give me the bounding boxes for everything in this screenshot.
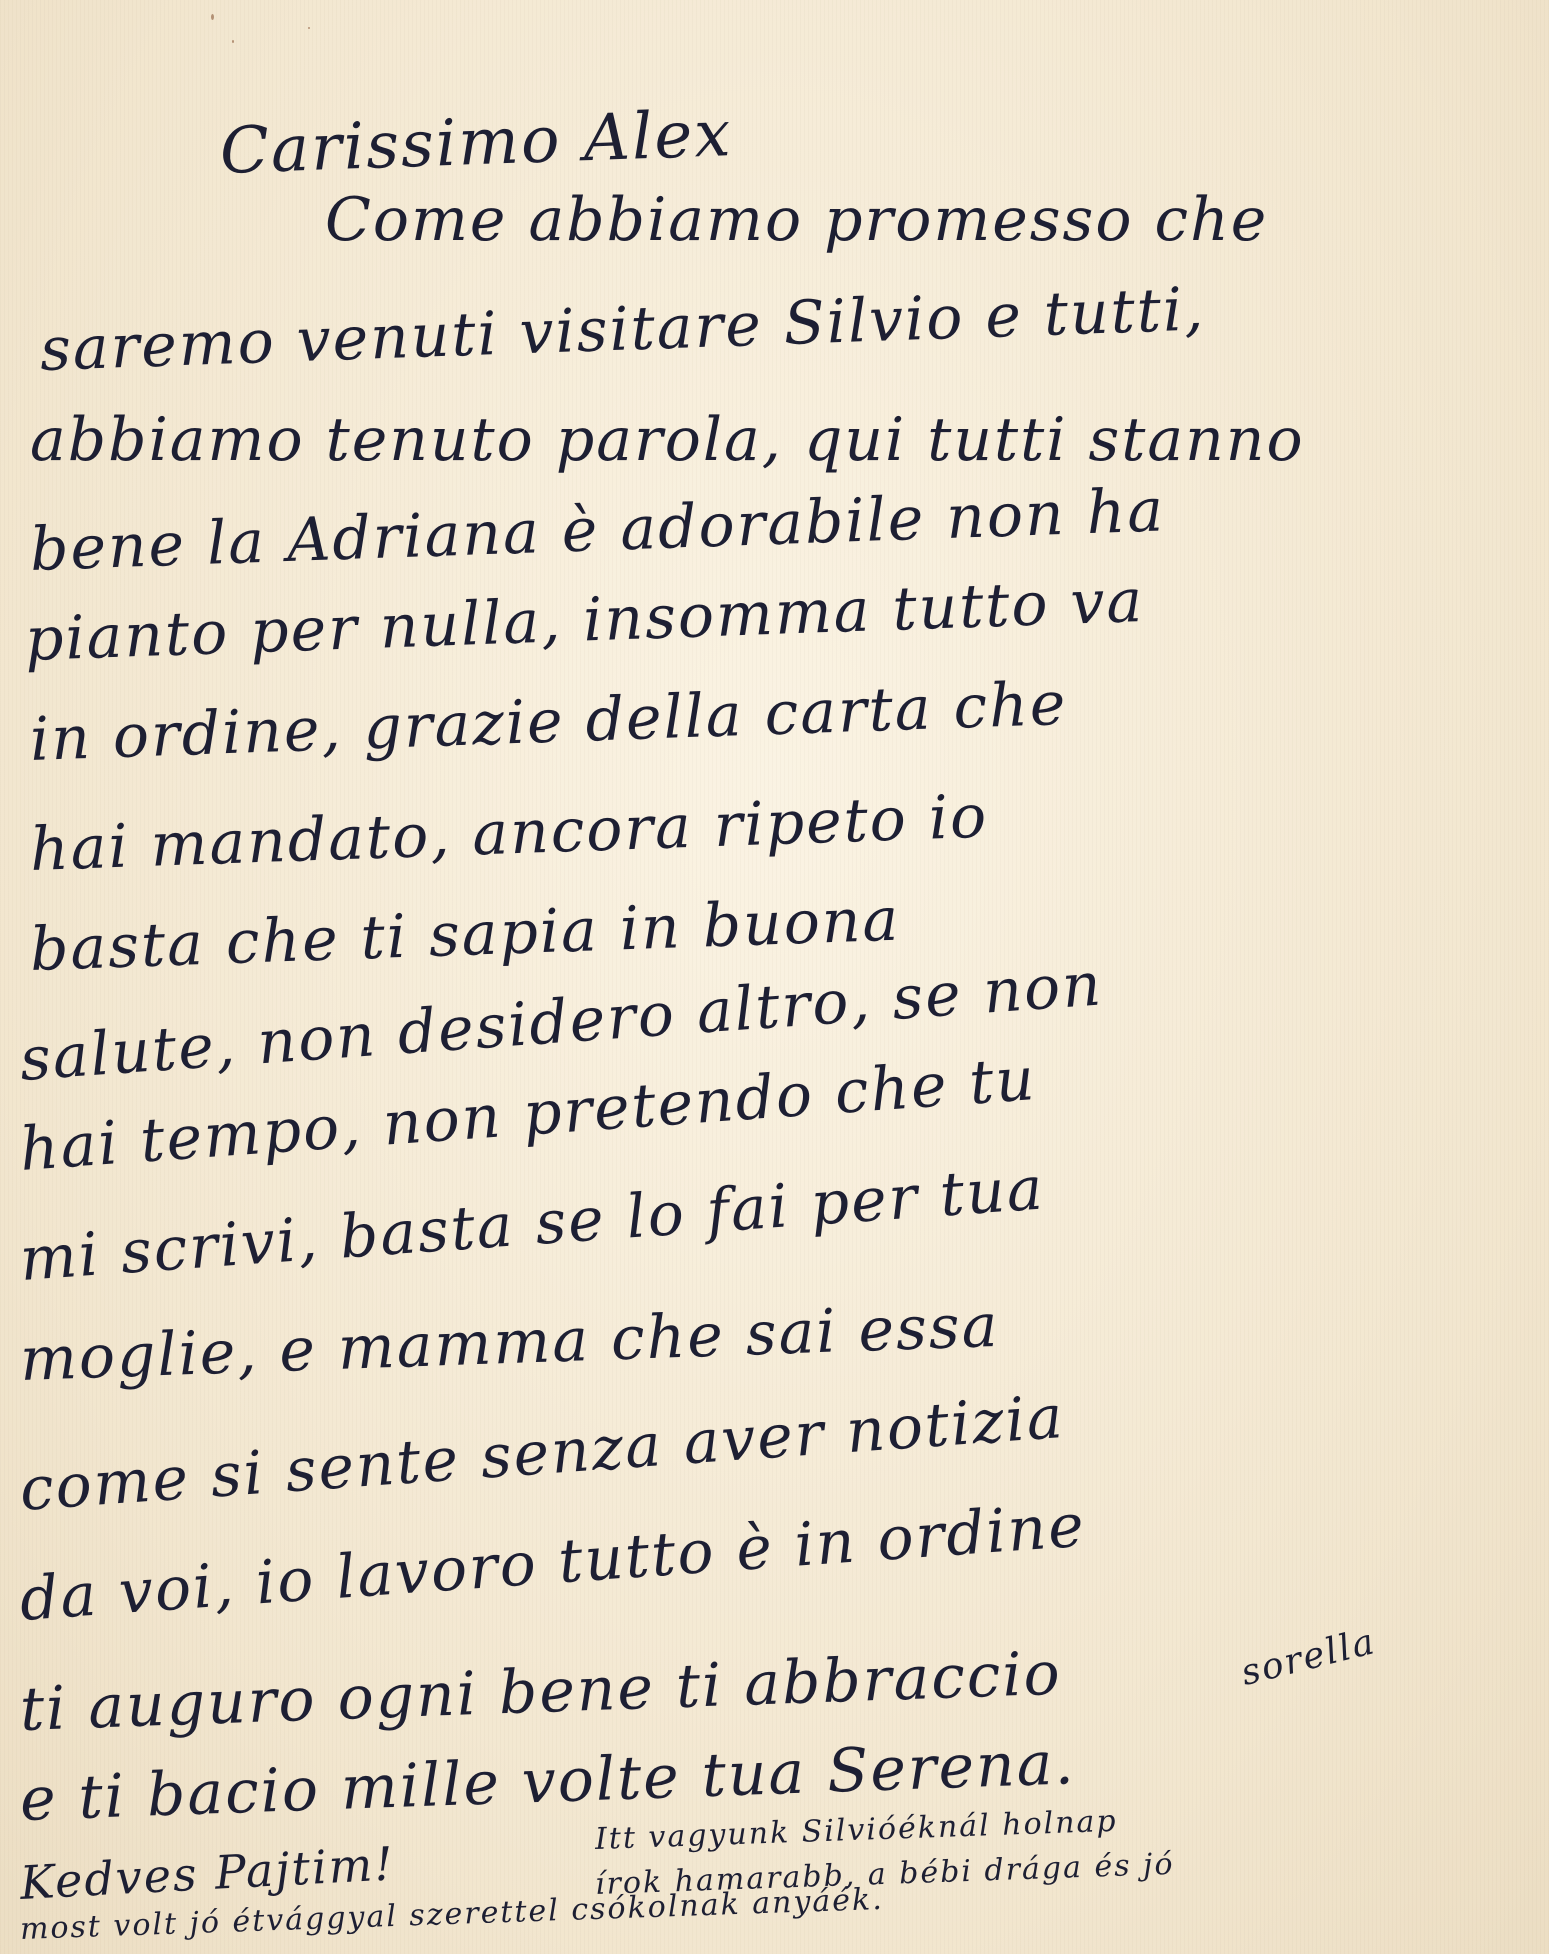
letter-line: basta che ti sapia in buona	[29, 890, 901, 980]
letter-line: mi scrivi, basta se lo fai per tua	[18, 1158, 1046, 1289]
paper-speck	[232, 40, 234, 43]
letter-line: pianto per nulla, insomma tutto va	[24, 571, 1145, 670]
letter-salutation: Carissimo Alex	[219, 102, 733, 184]
letter-page: Carissimo Alex Come abbiamo promesso che…	[0, 0, 1549, 1954]
letter-line: in ordine, grazie della carta che	[29, 674, 1068, 770]
letter-line: saremo venuti visitare Silvio e tutti,	[39, 279, 1206, 380]
letter-line: come si sente senza aver notizia	[18, 1387, 1066, 1520]
letter-line: ti auguro ogni bene ti abbraccio	[19, 1644, 1063, 1740]
signature-note: sorella	[1238, 1624, 1380, 1692]
letter-line: abbiamo tenuto parola, qui tutti stanno	[30, 410, 1305, 470]
letter-line: hai mandato, ancora ripeto io	[29, 787, 989, 880]
paper-speck	[211, 14, 214, 20]
letter-line: moglie, e mamma che sai essa	[19, 1296, 1000, 1390]
letter-line: Come abbiamo promesso che	[325, 190, 1268, 250]
postscript-line: Itt vagyunk Silvióéknál holnap	[594, 1807, 1118, 1855]
letter-line: da voi, io lavoro tutto è in ordine	[18, 1496, 1088, 1630]
paper-speck	[308, 27, 310, 29]
postscript-salutation: Kedves Pajtim!	[19, 1840, 396, 1906]
letter-line: bene la Adriana è adorabile non ha	[29, 480, 1166, 580]
